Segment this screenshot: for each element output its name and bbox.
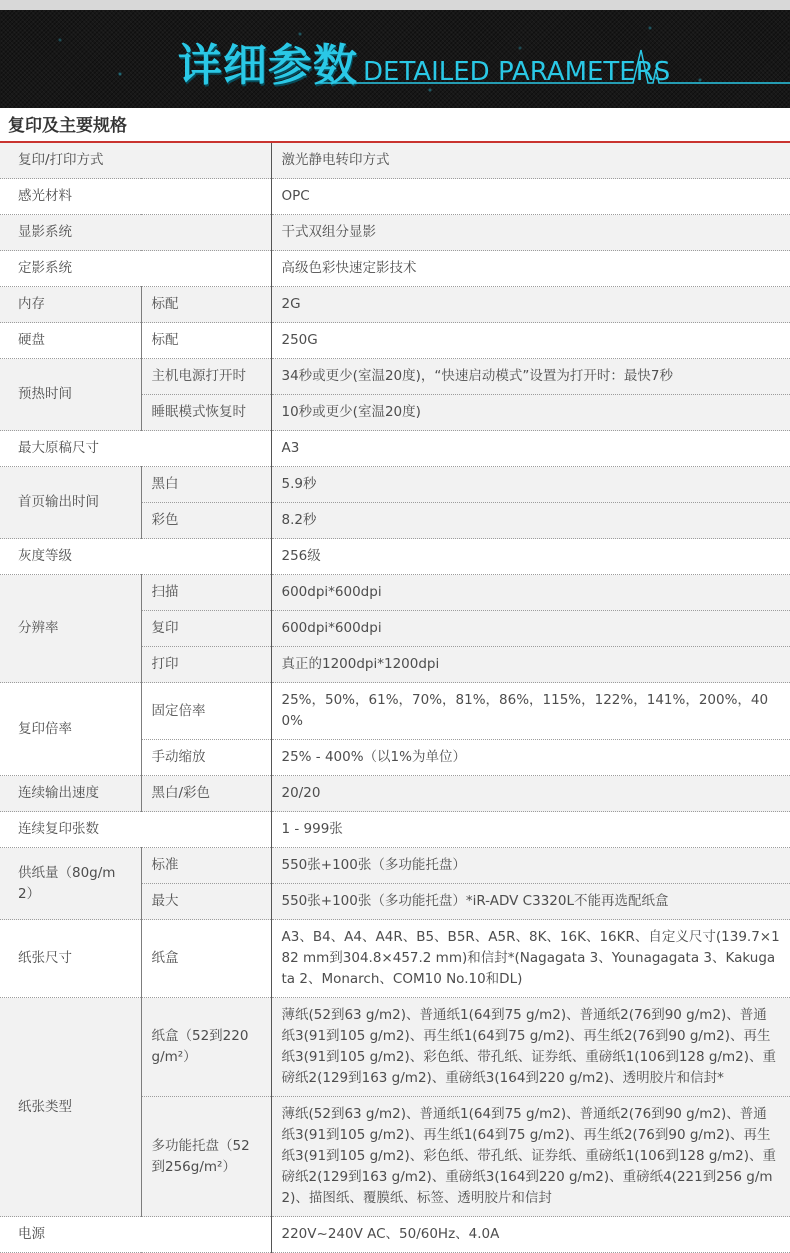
top-gray-strip — [0, 0, 790, 10]
detailed-parameters-banner: 详细参数 DETAILED PARAMETERS — [0, 10, 790, 108]
spec-subcategory-cell: 标配 — [141, 323, 271, 359]
table-row: 电源220V~240V AC、50/60Hz、4.0A — [0, 1217, 790, 1253]
spec-value-cell: 真正的1200dpi*1200dpi — [271, 647, 790, 683]
spec-value-cell: 25% - 400%（以1%为单位） — [271, 740, 790, 776]
spec-subcategory-cell: 标配 — [141, 287, 271, 323]
spec-table: 复印/打印方式激光静电转印方式感光材料OPC显影系统干式双组分显影定影系统高级色… — [0, 141, 790, 1253]
spec-label-cell: 分辨率 — [0, 575, 141, 683]
spec-value-cell: OPC — [271, 179, 790, 215]
spec-value-cell: A3、B4、A4、A4R、B5、B5R、A5R、8K、16K、16KR、自定义尺… — [271, 920, 790, 998]
spec-label-cell: 显影系统 — [0, 215, 271, 251]
spec-label-cell: 电源 — [0, 1217, 271, 1253]
table-row: 供纸量（80g/m2）标准550张+100张（多功能托盘） — [0, 848, 790, 884]
table-row: 内存标配2G — [0, 287, 790, 323]
spec-value-cell: 25%，50%，61%，70%，81%，86%，115%，122%，141%，2… — [271, 683, 790, 740]
spec-value-cell: 600dpi*600dpi — [271, 611, 790, 647]
table-row: 感光材料OPC — [0, 179, 790, 215]
section-title: 复印及主要规格 — [0, 108, 790, 141]
spec-subcategory-cell: 标准 — [141, 848, 271, 884]
spec-table-body: 复印/打印方式激光静电转印方式感光材料OPC显影系统干式双组分显影定影系统高级色… — [0, 142, 790, 1253]
spec-label-cell: 定影系统 — [0, 251, 271, 287]
spec-subcategory-cell: 纸盒 — [141, 920, 271, 998]
table-row: 复印/打印方式激光静电转印方式 — [0, 142, 790, 179]
spec-subcategory-cell: 扫描 — [141, 575, 271, 611]
spec-subcategory-cell: 主机电源打开时 — [141, 359, 271, 395]
heartbeat-pulse-icon — [316, 48, 790, 90]
spec-label-cell: 首页输出时间 — [0, 467, 141, 539]
spec-label-cell: 供纸量（80g/m2） — [0, 848, 141, 920]
table-row: 连续复印张数1 - 999张 — [0, 812, 790, 848]
spec-value-cell: 34秒或更少(室温20度)，“快速启动模式”设置为打开时：最快7秒 — [271, 359, 790, 395]
spec-label-cell: 最大原稿尺寸 — [0, 431, 271, 467]
spec-value-cell: 600dpi*600dpi — [271, 575, 790, 611]
table-row: 预热时间主机电源打开时34秒或更少(室温20度)，“快速启动模式”设置为打开时：… — [0, 359, 790, 395]
spec-value-cell: 256级 — [271, 539, 790, 575]
spec-subcategory-cell: 睡眠模式恢复时 — [141, 395, 271, 431]
spec-label-cell: 感光材料 — [0, 179, 271, 215]
spec-subcategory-cell: 彩色 — [141, 503, 271, 539]
spec-subcategory-cell: 纸盒（52到220g/m²） — [141, 998, 271, 1097]
spec-value-cell: 薄纸(52到63 g/m2)、普通纸1(64到75 g/m2)、普通纸2(76到… — [271, 1097, 790, 1217]
spec-value-cell: 5.9秒 — [271, 467, 790, 503]
spec-subcategory-cell: 多功能托盘（52到256g/m²） — [141, 1097, 271, 1217]
spec-value-cell: A3 — [271, 431, 790, 467]
spec-label-cell: 纸张尺寸 — [0, 920, 141, 998]
table-row: 纸张尺寸纸盒A3、B4、A4、A4R、B5、B5R、A5R、8K、16K、16K… — [0, 920, 790, 998]
spec-subcategory-cell: 黑白/彩色 — [141, 776, 271, 812]
table-row: 连续输出速度黑白/彩色20/20 — [0, 776, 790, 812]
table-row: 纸张类型纸盒（52到220g/m²）薄纸(52到63 g/m2)、普通纸1(64… — [0, 998, 790, 1097]
spec-subcategory-cell: 手动缩放 — [141, 740, 271, 776]
table-row: 灰度等级256级 — [0, 539, 790, 575]
spec-label-cell: 连续输出速度 — [0, 776, 141, 812]
spec-label-cell: 复印倍率 — [0, 683, 141, 776]
spec-label-cell: 连续复印张数 — [0, 812, 271, 848]
table-row: 首页输出时间黑白5.9秒 — [0, 467, 790, 503]
spec-label-cell: 硬盘 — [0, 323, 141, 359]
spec-subcategory-cell: 固定倍率 — [141, 683, 271, 740]
spec-value-cell: 550张+100张（多功能托盘） — [271, 848, 790, 884]
spec-value-cell: 高级色彩快速定影技术 — [271, 251, 790, 287]
spec-label-cell: 内存 — [0, 287, 141, 323]
spec-label-cell: 预热时间 — [0, 359, 141, 431]
spec-label-cell: 灰度等级 — [0, 539, 271, 575]
spec-subcategory-cell: 打印 — [141, 647, 271, 683]
spec-value-cell: 薄纸(52到63 g/m2)、普通纸1(64到75 g/m2)、普通纸2(76到… — [271, 998, 790, 1097]
spec-subcategory-cell: 最大 — [141, 884, 271, 920]
spec-value-cell: 220V~240V AC、50/60Hz、4.0A — [271, 1217, 790, 1253]
spec-value-cell: 激光静电转印方式 — [271, 142, 790, 179]
spec-value-cell: 250G — [271, 323, 790, 359]
table-row: 复印倍率固定倍率25%，50%，61%，70%，81%，86%，115%，122… — [0, 683, 790, 740]
spec-value-cell: 10秒或更少(室温20度) — [271, 395, 790, 431]
spec-label-cell: 复印/打印方式 — [0, 142, 271, 179]
spec-subcategory-cell: 黑白 — [141, 467, 271, 503]
spec-value-cell: 550张+100张（多功能托盘）*iR-ADV C3320L不能再选配纸盒 — [271, 884, 790, 920]
table-row: 最大原稿尺寸A3 — [0, 431, 790, 467]
spec-subcategory-cell: 复印 — [141, 611, 271, 647]
table-row: 硬盘标配250G — [0, 323, 790, 359]
table-row: 定影系统高级色彩快速定影技术 — [0, 251, 790, 287]
spec-value-cell: 20/20 — [271, 776, 790, 812]
table-row: 分辨率扫描600dpi*600dpi — [0, 575, 790, 611]
table-row: 显影系统干式双组分显影 — [0, 215, 790, 251]
spec-value-cell: 1 - 999张 — [271, 812, 790, 848]
spec-value-cell: 干式双组分显影 — [271, 215, 790, 251]
spec-value-cell: 2G — [271, 287, 790, 323]
spec-value-cell: 8.2秒 — [271, 503, 790, 539]
